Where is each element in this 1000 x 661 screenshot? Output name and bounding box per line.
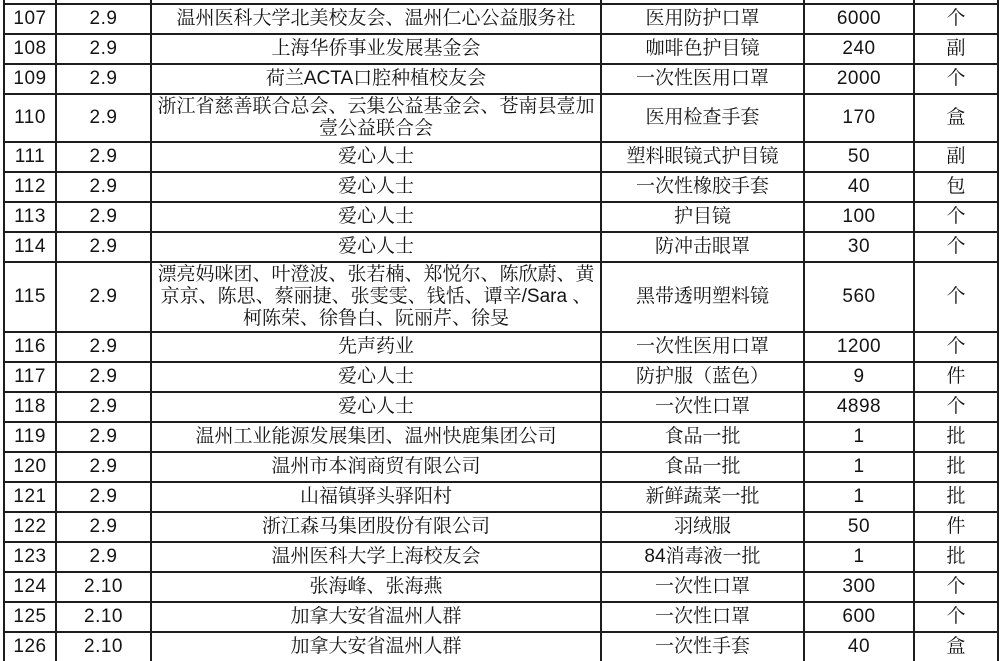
cell-quantity: 1: [804, 422, 914, 452]
cell-row-number: 122: [4, 512, 56, 542]
cell-quantity: 1: [804, 452, 914, 482]
table-row: 120 2.9 温州市本润商贸有限公司 食品一批 1 批: [4, 452, 998, 482]
cell-donor: 爱心人士: [151, 172, 601, 202]
cell-row-number: 112: [4, 172, 56, 202]
cell-date: 2.9: [56, 482, 151, 512]
cell-donor: 加拿大安省温州人群: [151, 632, 601, 661]
cell-donor: 漂亮妈咪团、叶澄波、张若楠、郑悦尔、陈欣蔚、黄京京、陈思、蔡丽捷、张雯雯、钱恬、…: [151, 262, 601, 332]
cell-item: 塑料眼镜式护目镜: [601, 142, 804, 172]
cell-item: 医用防护口罩: [601, 4, 804, 34]
cell-unit: 个: [914, 202, 998, 232]
cell-donor: 山福镇驿头驿阳村: [151, 482, 601, 512]
cell-date: 2.10: [56, 602, 151, 632]
cell-row-number: 114: [4, 232, 56, 262]
cell-date: 2.9: [56, 4, 151, 34]
cell-donor: 爱心人士: [151, 362, 601, 392]
table-row: 116 2.9 先声药业 一次性医用口罩 1200 个: [4, 332, 998, 362]
cell-unit: 个: [914, 602, 998, 632]
cell-unit: 批: [914, 422, 998, 452]
cell-quantity: 40: [804, 632, 914, 661]
table-row: 112 2.9 爱心人士 一次性橡胶手套 40 包: [4, 172, 998, 202]
cell-quantity: 9: [804, 362, 914, 392]
cell-date: 2.9: [56, 202, 151, 232]
cell-quantity: 2000: [804, 64, 914, 94]
cell-row-number: 118: [4, 392, 56, 422]
cell-quantity: 100: [804, 202, 914, 232]
cell-item: 一次性口罩: [601, 392, 804, 422]
cell-donor: 浙江省慈善联合总会、云集公益基金会、苍南县壹加壹公益联合会: [151, 94, 601, 142]
cell-donor: 爱心人士: [151, 202, 601, 232]
cell-row-number: 123: [4, 542, 56, 572]
cell-item: 医用检查手套: [601, 94, 804, 142]
cell-donor: 上海华侨事业发展基金会: [151, 34, 601, 64]
cell-item: 羽绒服: [601, 512, 804, 542]
cell-item: 一次性橡胶手套: [601, 172, 804, 202]
cell-item: 护目镜: [601, 202, 804, 232]
cell-unit: 批: [914, 482, 998, 512]
cell-date: 2.9: [56, 64, 151, 94]
cell-unit: 个: [914, 392, 998, 422]
cell-date: 2.9: [56, 452, 151, 482]
cell-unit: 个: [914, 332, 998, 362]
donation-table: 107 2.9 温州医科大学北美校友会、温州仁心公益服务社 医用防护口罩 600…: [3, 0, 999, 661]
cell-date: 2.10: [56, 632, 151, 661]
cell-date: 2.10: [56, 572, 151, 602]
cell-item: 防护服（蓝色）: [601, 362, 804, 392]
cell-item: 咖啡色护目镜: [601, 34, 804, 64]
cell-unit: 件: [914, 362, 998, 392]
table-row: 107 2.9 温州医科大学北美校友会、温州仁心公益服务社 医用防护口罩 600…: [4, 4, 998, 34]
table-row: 115 2.9 漂亮妈咪团、叶澄波、张若楠、郑悦尔、陈欣蔚、黄京京、陈思、蔡丽捷…: [4, 262, 998, 332]
cell-unit: 个: [914, 4, 998, 34]
cell-unit: 盒: [914, 632, 998, 661]
cell-item: 一次性口罩: [601, 602, 804, 632]
cell-donor: 张海峰、张海燕: [151, 572, 601, 602]
cell-item: 一次性口罩: [601, 572, 804, 602]
cell-donor: 浙江森马集团股份有限公司: [151, 512, 601, 542]
cell-unit: 包: [914, 172, 998, 202]
table-row: 121 2.9 山福镇驿头驿阳村 新鲜蔬菜一批 1 批: [4, 482, 998, 512]
cell-quantity: 560: [804, 262, 914, 332]
cell-unit: 个: [914, 64, 998, 94]
cell-donor: 温州医科大学北美校友会、温州仁心公益服务社: [151, 4, 601, 34]
table-row: 108 2.9 上海华侨事业发展基金会 咖啡色护目镜 240 副: [4, 34, 998, 64]
cell-row-number: 120: [4, 452, 56, 482]
table-row: 117 2.9 爱心人士 防护服（蓝色） 9 件: [4, 362, 998, 392]
cell-row-number: 108: [4, 34, 56, 64]
cell-date: 2.9: [56, 232, 151, 262]
cell-unit: 批: [914, 452, 998, 482]
cell-date: 2.9: [56, 332, 151, 362]
cell-date: 2.9: [56, 362, 151, 392]
cell-quantity: 240: [804, 34, 914, 64]
cell-donor: 加拿大安省温州人群: [151, 602, 601, 632]
cell-row-number: 124: [4, 572, 56, 602]
cell-row-number: 121: [4, 482, 56, 512]
cell-quantity: 1: [804, 542, 914, 572]
cell-quantity: 40: [804, 172, 914, 202]
table-row: 111 2.9 爱心人士 塑料眼镜式护目镜 50 副: [4, 142, 998, 172]
cell-item: 食品一批: [601, 422, 804, 452]
table-row: 113 2.9 爱心人士 护目镜 100 个: [4, 202, 998, 232]
cell-unit: 件: [914, 512, 998, 542]
cell-quantity: 30: [804, 232, 914, 262]
cell-donor: 爱心人士: [151, 142, 601, 172]
cell-donor: 爱心人士: [151, 232, 601, 262]
cell-row-number: 115: [4, 262, 56, 332]
cell-quantity: 50: [804, 512, 914, 542]
cell-date: 2.9: [56, 34, 151, 64]
cell-item: 一次性医用口罩: [601, 64, 804, 94]
document-page: 107 2.9 温州医科大学北美校友会、温州仁心公益服务社 医用防护口罩 600…: [0, 0, 1000, 661]
cell-quantity: 1: [804, 482, 914, 512]
cell-quantity: 300: [804, 572, 914, 602]
table-row: 125 2.10 加拿大安省温州人群 一次性口罩 600 个: [4, 602, 998, 632]
cell-donor: 先声药业: [151, 332, 601, 362]
cell-date: 2.9: [56, 262, 151, 332]
cell-row-number: 111: [4, 142, 56, 172]
cell-date: 2.9: [56, 94, 151, 142]
cell-date: 2.9: [56, 142, 151, 172]
cell-unit: 个: [914, 572, 998, 602]
table-row: 114 2.9 爱心人士 防冲击眼罩 30 个: [4, 232, 998, 262]
cell-donor: 爱心人士: [151, 392, 601, 422]
table-row: 109 2.9 荷兰ACTA口腔种植校友会 一次性医用口罩 2000 个: [4, 64, 998, 94]
cell-unit: 批: [914, 542, 998, 572]
cell-donor: 荷兰ACTA口腔种植校友会: [151, 64, 601, 94]
cell-quantity: 600: [804, 602, 914, 632]
cell-quantity: 1200: [804, 332, 914, 362]
cell-unit: 个: [914, 262, 998, 332]
cell-item: 84消毒液一批: [601, 542, 804, 572]
cell-row-number: 107: [4, 4, 56, 34]
cell-item: 防冲击眼罩: [601, 232, 804, 262]
cell-donor: 温州医科大学上海校友会: [151, 542, 601, 572]
cell-row-number: 113: [4, 202, 56, 232]
cell-donor: 温州工业能源发展集团、温州快鹿集团公司: [151, 422, 601, 452]
cell-donor: 温州市本润商贸有限公司: [151, 452, 601, 482]
cell-row-number: 109: [4, 64, 56, 94]
cell-row-number: 116: [4, 332, 56, 362]
table-row: 126 2.10 加拿大安省温州人群 一次性手套 40 盒: [4, 632, 998, 661]
cell-item: 一次性手套: [601, 632, 804, 661]
cell-quantity: 50: [804, 142, 914, 172]
table-row: 124 2.10 张海峰、张海燕 一次性口罩 300 个: [4, 572, 998, 602]
cell-quantity: 170: [804, 94, 914, 142]
table-row: 118 2.9 爱心人士 一次性口罩 4898 个: [4, 392, 998, 422]
cell-unit: 副: [914, 142, 998, 172]
cell-item: 一次性医用口罩: [601, 332, 804, 362]
cell-date: 2.9: [56, 172, 151, 202]
table-row: 123 2.9 温州医科大学上海校友会 84消毒液一批 1 批: [4, 542, 998, 572]
cell-item: 新鲜蔬菜一批: [601, 482, 804, 512]
cell-row-number: 119: [4, 422, 56, 452]
cell-unit: 个: [914, 232, 998, 262]
cell-quantity: 6000: [804, 4, 914, 34]
cell-date: 2.9: [56, 392, 151, 422]
cell-date: 2.9: [56, 512, 151, 542]
cell-unit: 盒: [914, 94, 998, 142]
cell-date: 2.9: [56, 542, 151, 572]
cell-item: 黑带透明塑料镜: [601, 262, 804, 332]
table-row: 119 2.9 温州工业能源发展集团、温州快鹿集团公司 食品一批 1 批: [4, 422, 998, 452]
cell-quantity: 4898: [804, 392, 914, 422]
cell-row-number: 126: [4, 632, 56, 661]
cell-row-number: 117: [4, 362, 56, 392]
table-row: 110 2.9 浙江省慈善联合总会、云集公益基金会、苍南县壹加壹公益联合会 医用…: [4, 94, 998, 142]
cell-unit: 副: [914, 34, 998, 64]
cell-item: 食品一批: [601, 452, 804, 482]
cell-row-number: 110: [4, 94, 56, 142]
table-row: 122 2.9 浙江森马集团股份有限公司 羽绒服 50 件: [4, 512, 998, 542]
cell-date: 2.9: [56, 422, 151, 452]
donation-table-body: 107 2.9 温州医科大学北美校友会、温州仁心公益服务社 医用防护口罩 600…: [4, 0, 998, 661]
cell-row-number: 125: [4, 602, 56, 632]
